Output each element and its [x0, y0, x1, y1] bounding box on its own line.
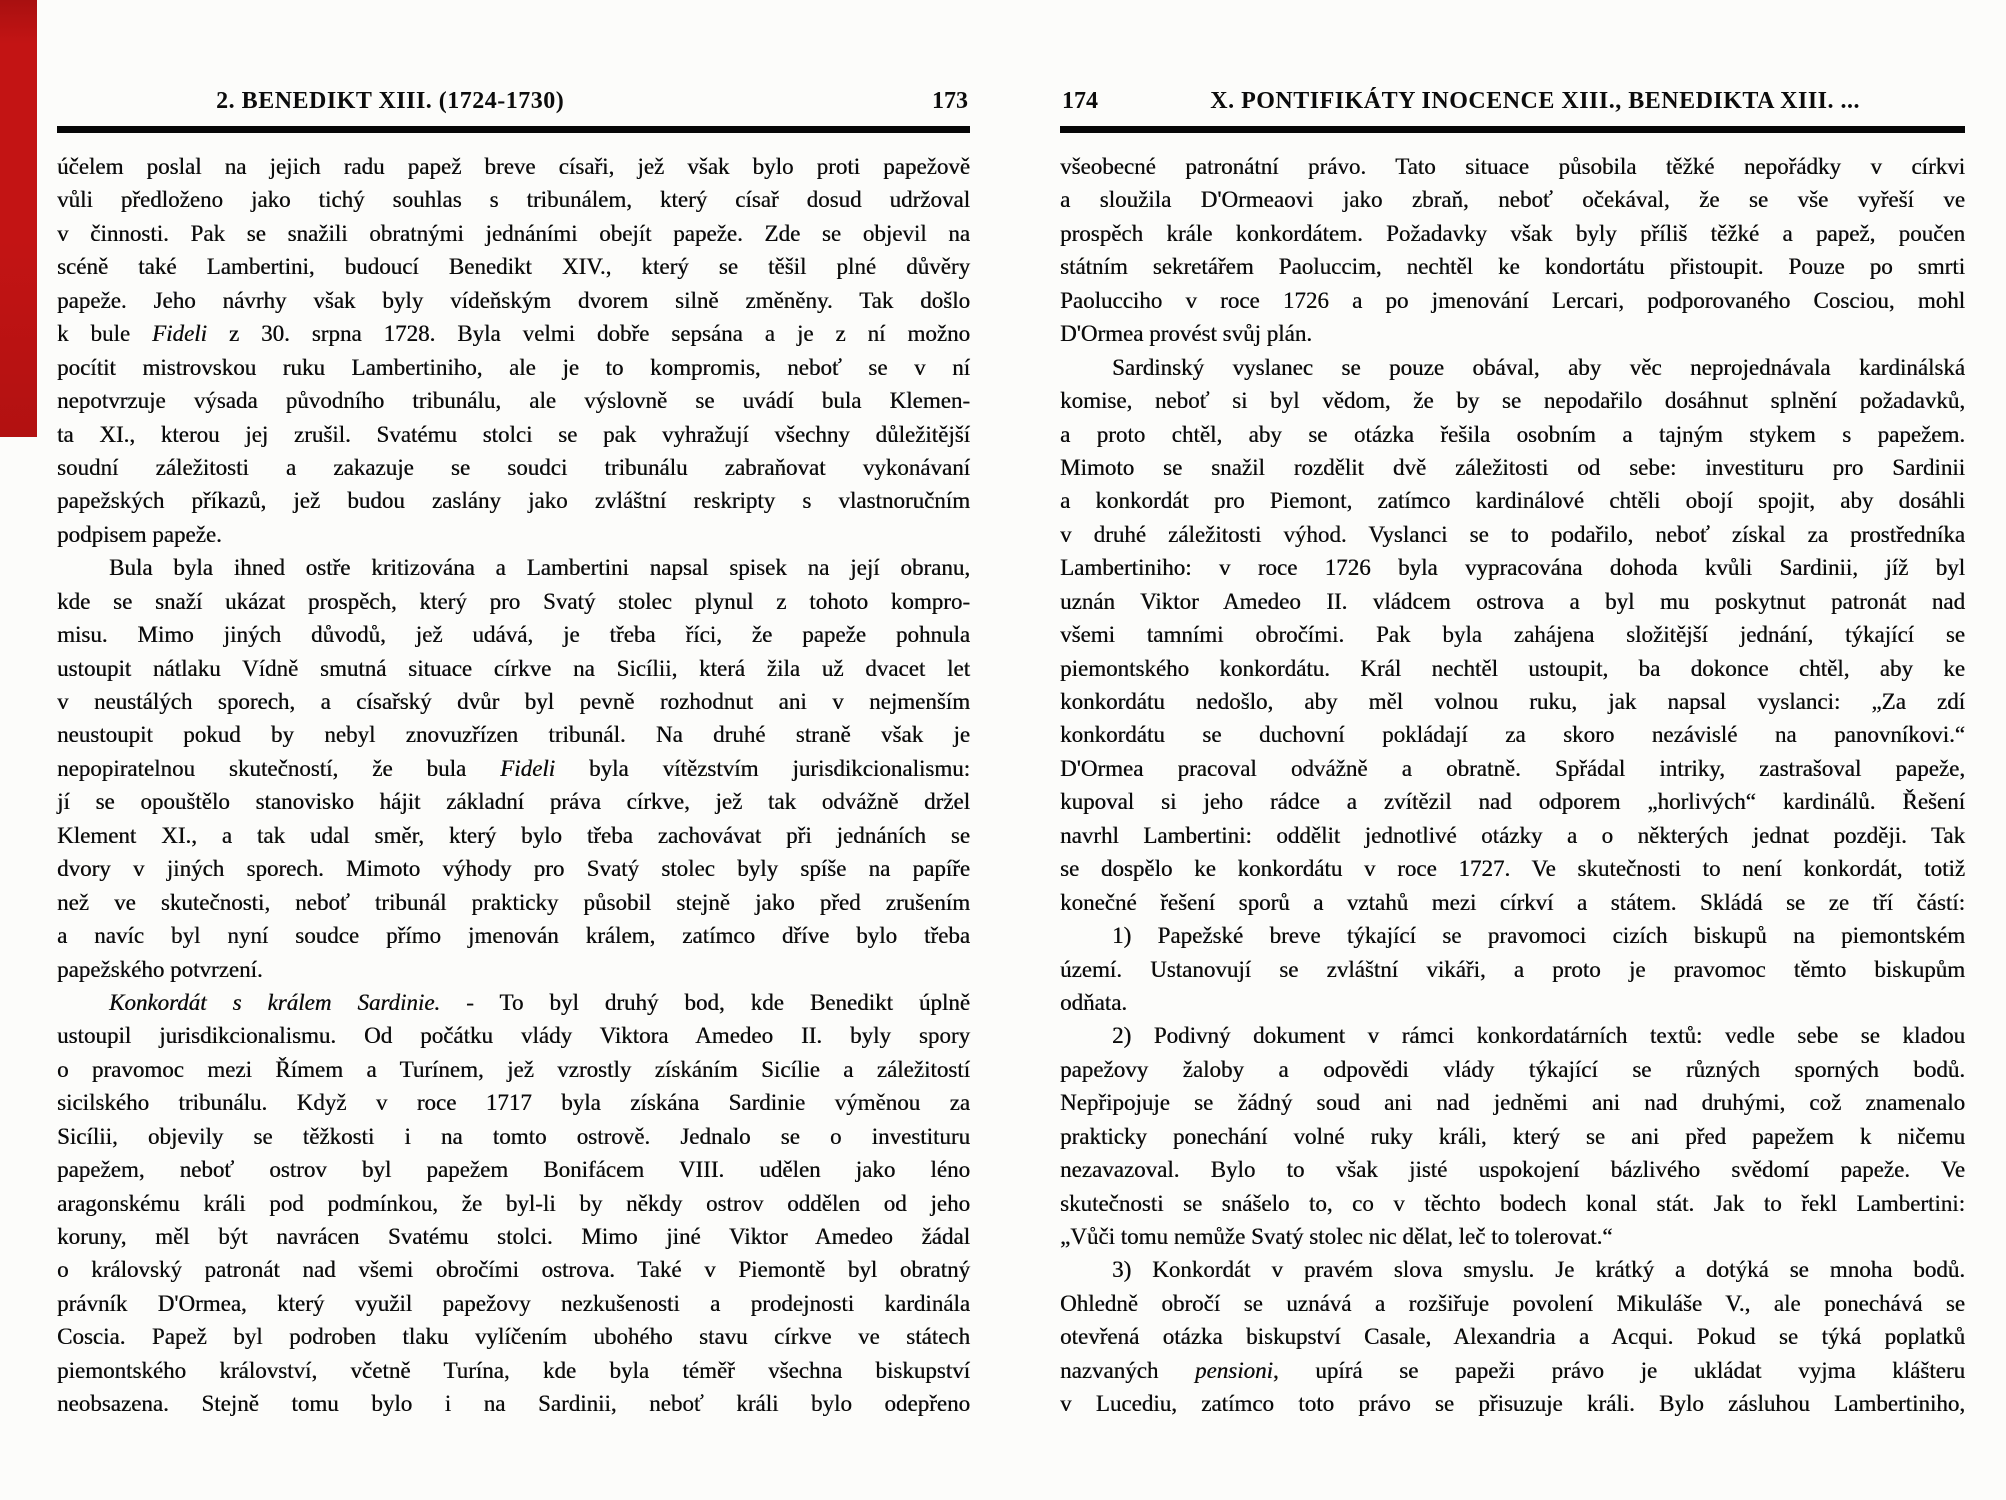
text-line: nepotvrzuje výsada původního tribunálu, …	[57, 384, 970, 417]
text-line: skutečnosti se snášelo to, co v těchto b…	[1060, 1187, 1965, 1220]
text-line: aragonskému králi pod podmínkou, že byl-…	[57, 1187, 970, 1220]
text-line: všemi tamními obročími. Pak byla zahájen…	[1060, 618, 1965, 651]
text-line: prospěch krále konkordátem. Požadavky vš…	[1060, 217, 1965, 250]
text-line: 1) Papežské breve týkající se pravomoci …	[1060, 919, 1965, 952]
text-line: ta XI., kterou jej zrušil. Svatému stolc…	[57, 418, 970, 451]
text-line: nepopiratelnou skutečností, že bula Fide…	[57, 752, 970, 785]
text-line: Sicílii, objevily se těžkosti i na tomto…	[57, 1120, 970, 1153]
text-line: piemontského království, včetně Turína, …	[57, 1354, 970, 1387]
text-line: v neustálých sporech, a císařský dvůr by…	[57, 685, 970, 718]
text-line: Lambertiniho: v roce 1726 byla vypracová…	[1060, 551, 1965, 584]
text-line: o pravomoc mezi Římem a Turínem, jež vzr…	[57, 1053, 970, 1086]
text-line: Sardinský vyslanec se pouze obával, aby …	[1060, 351, 1965, 384]
text-line: misu. Mimo jiných důvodů, jež udává, je …	[57, 618, 970, 651]
text-line: a konkordát pro Piemont, zatímco kardiná…	[1060, 484, 1965, 517]
text-line: než ve skutečnosti, neboť tribunál prakt…	[57, 886, 970, 919]
text-line: uznán Viktor Amedeo II. vládcem ostrova …	[1060, 585, 1965, 618]
right-running-header: 174 X. PONTIFIKÁTY INOCENCE XIII., BENED…	[1060, 88, 1965, 124]
text-line: Ohledně obročí se uznává a rozšiřuje pov…	[1060, 1287, 1965, 1320]
text-line: Coscia. Papež byl podroben tlaku vylíčen…	[57, 1320, 970, 1353]
text-line: 2) Podivný dokument v rámci konkordatárn…	[1060, 1019, 1965, 1052]
left-running-header: 2. BENEDIKT XIII. (1724-1730) 173	[57, 88, 970, 124]
left-header-title: 2. BENEDIKT XIII. (1724-1730)	[216, 88, 564, 115]
text-line: podpisem papeže.	[57, 518, 970, 551]
text-line: v Lucediu, zatímco toto právo se přisuzu…	[1060, 1387, 1965, 1420]
left-page-number: 173	[932, 88, 968, 115]
text-line: neustoupit pokud by nebyl znovuzřízen tr…	[57, 718, 970, 751]
text-line: papeže. Jeho návrhy však byly vídeňským …	[57, 284, 970, 317]
text-line: k bule Fideli z 30. srpna 1728. Byla vel…	[57, 317, 970, 350]
text-line: konkordátu se duchovní pokládají za skor…	[1060, 718, 1965, 751]
text-line: navrhl Lambertini: oddělit jednotlivé ot…	[1060, 819, 1965, 852]
left-header-rule	[57, 126, 970, 133]
text-line: „Vůči tomu nemůže Svatý stolec nic dělat…	[1060, 1220, 1965, 1253]
text-line: otevřená otázka biskupství Casale, Alexa…	[1060, 1320, 1965, 1353]
text-line: vůli předloženo jako tichý souhlas s tri…	[57, 183, 970, 216]
text-line: soudní záležitosti a zakazuje se soudci …	[57, 451, 970, 484]
text-line: Mimoto se snažil rozdělit dvě záležitost…	[1060, 451, 1965, 484]
text-line: o královský patronát nad všemi obročími …	[57, 1253, 970, 1286]
text-line: v druhé záležitosti výhod. Vyslanci se t…	[1060, 518, 1965, 551]
text-line: a navíc byl nyní soudce přímo jmenován k…	[57, 919, 970, 952]
text-line: nazvaných pensioni, upírá se papeži práv…	[1060, 1354, 1965, 1387]
text-line: v činnosti. Pak se snažili obratnými jed…	[57, 217, 970, 250]
right-page-body: všeobecné patronátní právo. Tato situace…	[1060, 150, 1965, 1421]
text-line: koruny, měl být navrácen Svatému stolci.…	[57, 1220, 970, 1253]
text-line: ustoupil jurisdikcionalismu. Od počátku …	[57, 1019, 970, 1052]
right-header-rule	[1060, 126, 1965, 133]
text-line: území. Ustanovují se zvláštní vikáři, a …	[1060, 953, 1965, 986]
text-line: D'Ormea provést svůj plán.	[1060, 317, 1965, 350]
right-page-number: 174	[1062, 88, 1098, 115]
text-line: dvory v jiných sporech. Mimoto výhody pr…	[57, 852, 970, 885]
text-line: komise, neboť si byl vědom, že by se nep…	[1060, 384, 1965, 417]
text-line: piemontského konkordátu. Král nechtěl us…	[1060, 652, 1965, 685]
text-line: neobsazena. Stejně tomu bylo i na Sardin…	[57, 1387, 970, 1420]
text-line: Nepřipojuje se žádný soud ani nad jedněm…	[1060, 1086, 1965, 1119]
text-line: papežského potvrzení.	[57, 953, 970, 986]
text-line: scéně také Lambertini, budoucí Benedikt …	[57, 250, 970, 283]
text-line: papežem, neboť ostrov byl papežem Bonifá…	[57, 1153, 970, 1186]
text-line: právník D'Ormea, který využil papežovy n…	[57, 1287, 970, 1320]
text-line: konkordátu nedošlo, aby měl volnou ruku,…	[1060, 685, 1965, 718]
text-line: odňata.	[1060, 986, 1965, 1019]
text-line: Bula byla ihned ostře kritizována a Lamb…	[57, 551, 970, 584]
text-line: státním sekretářem Paoluccim, nechtěl ke…	[1060, 250, 1965, 283]
text-line: Paolucciho v roce 1726 a po jmenování Le…	[1060, 284, 1965, 317]
text-line: 3) Konkordát v pravém slova smyslu. Je k…	[1060, 1253, 1965, 1286]
right-page: 174 X. PONTIFIKÁTY INOCENCE XIII., BENED…	[1060, 0, 1965, 1500]
text-line: prakticky ponechání volné ruky králi, kt…	[1060, 1120, 1965, 1153]
text-line: papežovy žaloby a odpovědi vlády týkajíc…	[1060, 1053, 1965, 1086]
text-line: všeobecné patronátní právo. Tato situace…	[1060, 150, 1965, 183]
text-line: kupoval si jeho rádce a zvítězil nad odp…	[1060, 785, 1965, 818]
text-line: papežských příkazů, jež budou zaslány ja…	[57, 484, 970, 517]
text-line: Klement XI., a tak udal směr, který bylo…	[57, 819, 970, 852]
text-line: jí se opouštělo stanovisko hájit základn…	[57, 785, 970, 818]
right-header-title: X. PONTIFIKÁTY INOCENCE XIII., BENEDIKTA…	[1210, 88, 1860, 115]
text-line: pocítit mistrovskou ruku Lambertiniho, a…	[57, 351, 970, 384]
text-line: D'Ormea pracoval odvážně a obratně. Spřá…	[1060, 752, 1965, 785]
text-line: ustoupit nátlaku Vídně smutná situace cí…	[57, 652, 970, 685]
red-bookmark-stripe	[0, 0, 37, 437]
text-line: a sloužila D'Ormeaovi jako zbraň, neboť …	[1060, 183, 1965, 216]
text-line: sicilského tribunálu. Když v roce 1717 b…	[57, 1086, 970, 1119]
text-line: a proto chtěl, aby se otázka řešila osob…	[1060, 418, 1965, 451]
text-line: kde se snaží ukázat prospěch, který pro …	[57, 585, 970, 618]
text-line: nezavazoval. Bylo to však jisté uspokoje…	[1060, 1153, 1965, 1186]
text-line: se dospělo ke konkordátu v roce 1727. Ve…	[1060, 852, 1965, 885]
text-line: konečné řešení sporů a vztahů mezi církv…	[1060, 886, 1965, 919]
left-page: 2. BENEDIKT XIII. (1724-1730) 173 účelem…	[57, 0, 970, 1500]
text-line: Konkordát s králem Sardinie. - To byl dr…	[57, 986, 970, 1019]
text-line: účelem poslal na jejich radu papež breve…	[57, 150, 970, 183]
left-page-body: účelem poslal na jejich radu papež breve…	[57, 150, 970, 1421]
